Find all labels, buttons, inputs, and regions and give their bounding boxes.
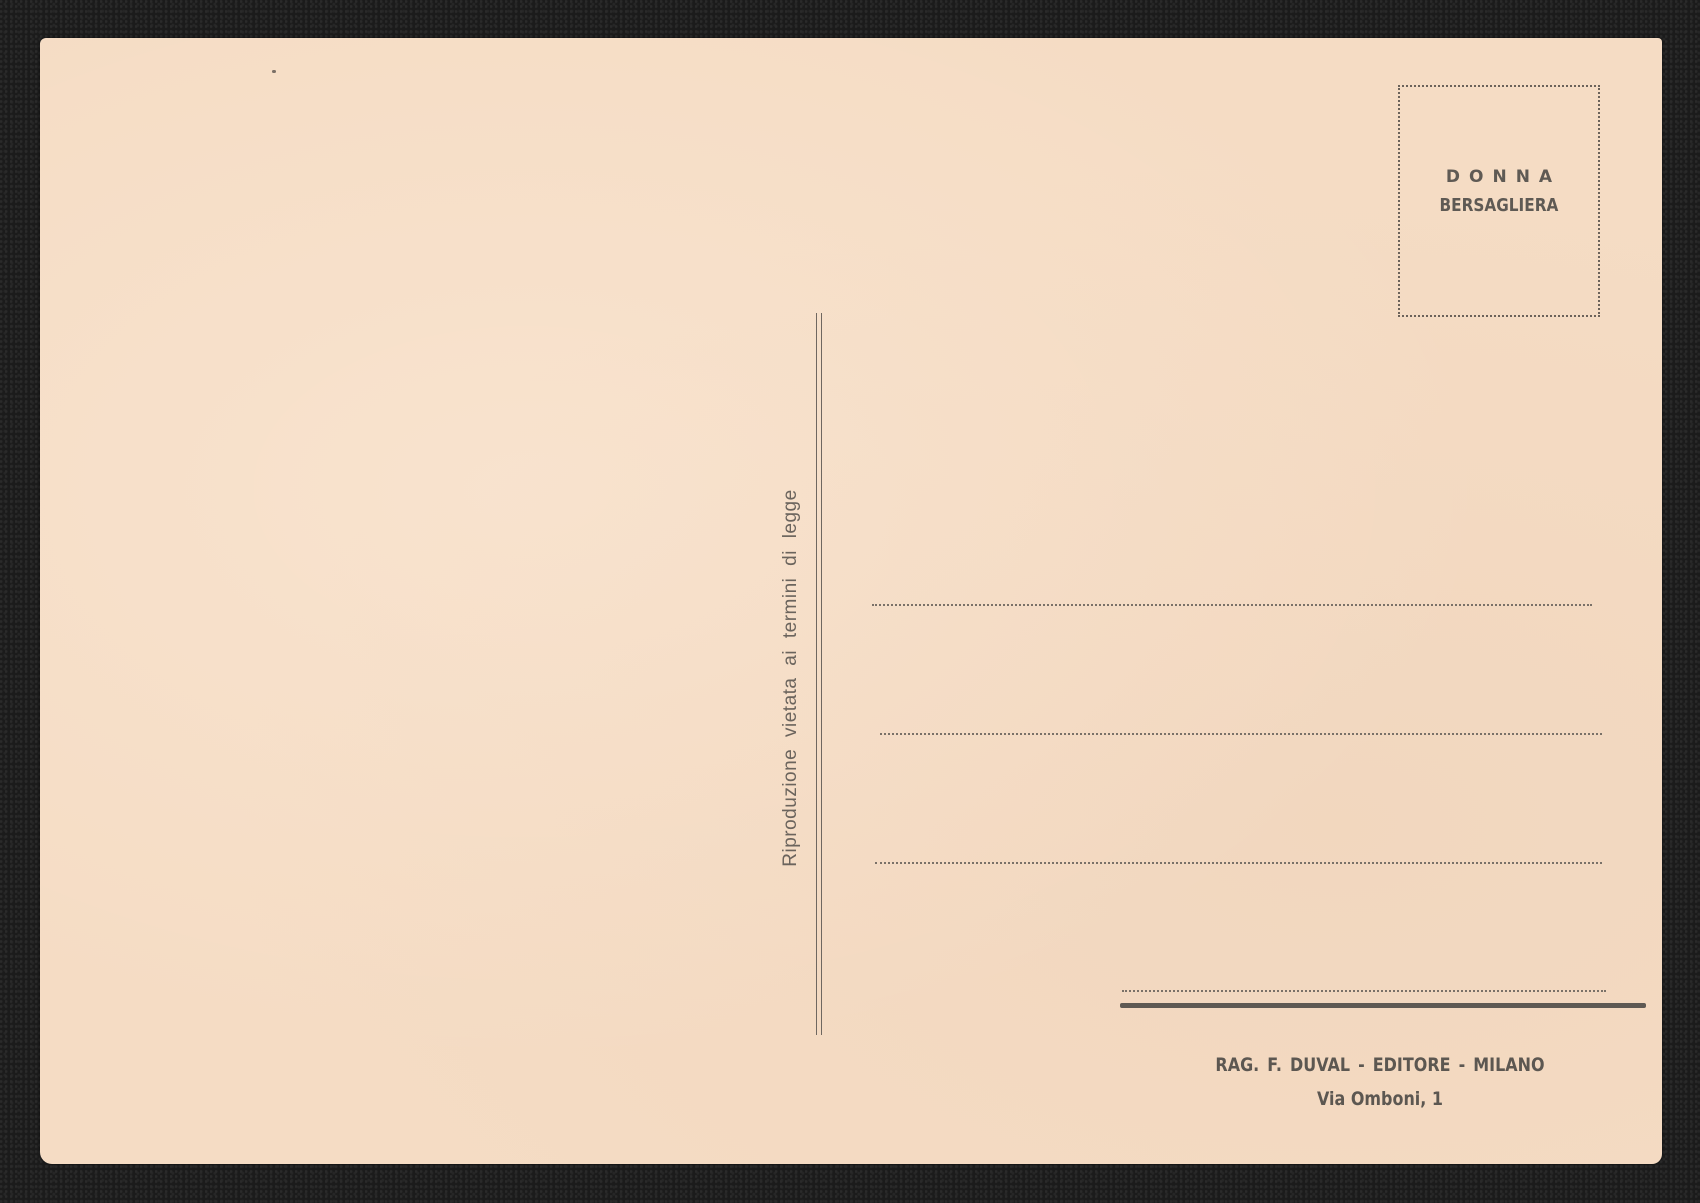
address-line-1	[872, 604, 1592, 606]
stamp-box: DONNA BERSAGLIERA	[1398, 85, 1600, 317]
postcard-back: DONNA BERSAGLIERA Riproduzione vietata a…	[40, 38, 1662, 1164]
center-divider	[816, 313, 822, 1035]
address-line-3	[875, 862, 1602, 864]
stamp-title-line2: BERSAGLIERA	[1440, 195, 1559, 216]
address-line-4	[1122, 990, 1606, 992]
address-line-2	[880, 733, 1602, 735]
publisher-name: RAG. F. DUVAL - EDITORE - MILANO	[1145, 1054, 1615, 1076]
publisher-address: Via Omboni, 1	[1145, 1088, 1615, 1110]
address-underline-rule	[1120, 1003, 1646, 1008]
stamp-title-line1: DONNA	[1446, 167, 1561, 187]
ink-speck	[272, 70, 276, 73]
legal-notice: Riproduzione vietata ai termini di legge	[780, 408, 802, 948]
